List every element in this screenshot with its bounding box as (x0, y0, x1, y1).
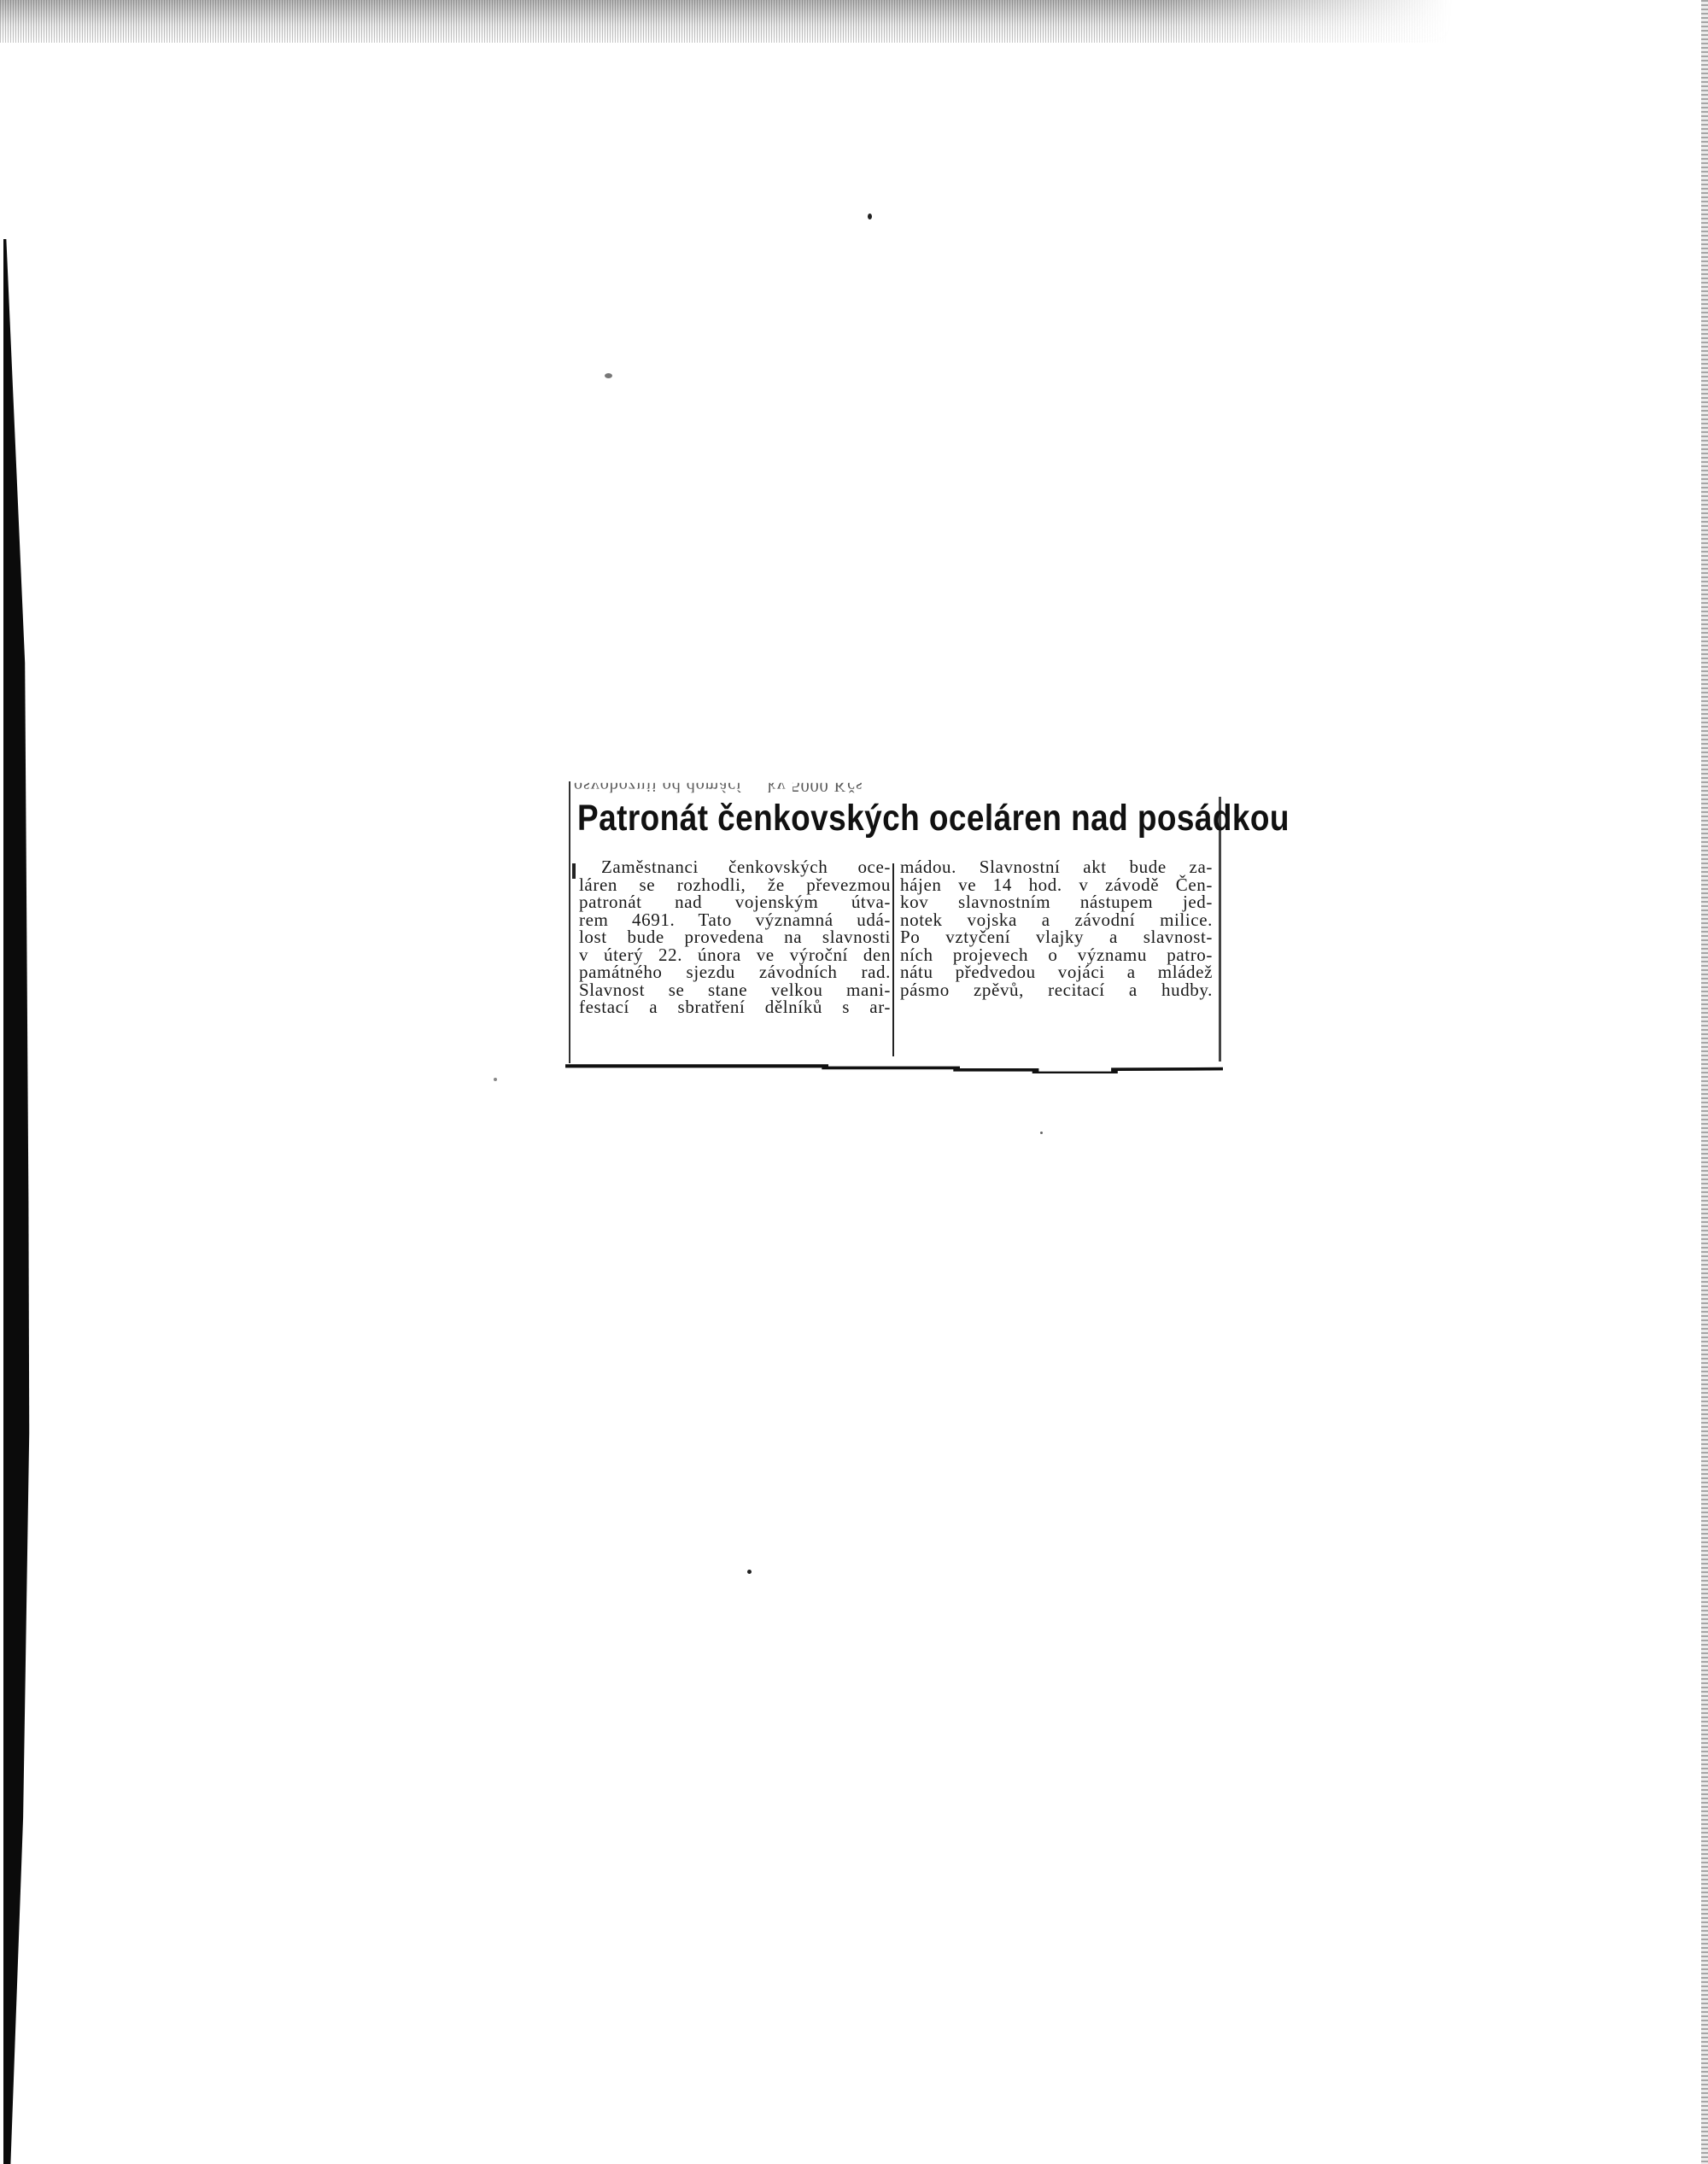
article-headline: Patronát čenkovských oceláren nad posádk… (577, 797, 1128, 839)
article-column-left: Zaměstnanci čenkovských oce- láren se ro… (579, 858, 891, 1016)
scan-edge-shadow-left (3, 239, 39, 2164)
text-line: nátu předvedou vojáci a mládež (900, 963, 1213, 981)
scan-noise-top (0, 0, 1452, 43)
scan-speck (868, 213, 872, 219)
article-column-right: mádou. Slavnostní akt bude za- hájen ve … (900, 858, 1213, 998)
text-line: láren se rozhodli, že převezmou (579, 876, 891, 894)
newspaper-clipping: osvobozuji od domácí ... ky 5000 Kčs. Pa… (560, 773, 1221, 1079)
text-line: hájen ve 14 hod. v závodě Čen- (900, 876, 1213, 894)
column-divider (892, 863, 894, 1056)
text-line: lost bude provedena na slavnosti (579, 928, 891, 946)
text-line: patronát nad vojenským útva- (579, 893, 891, 911)
scan-speck (605, 373, 612, 378)
text-line: v úterý 22. února ve výroční den (579, 946, 891, 964)
text-line: rem 4691. Tato významná udá- (579, 911, 891, 929)
text-line: ních projevech o významu patro- (900, 946, 1213, 964)
previous-article-fragment: osvobozuji od domácí ... ky 5000 Kčs. (574, 776, 1206, 795)
clipping-cut-edge-bottom (565, 1063, 1223, 1073)
scan-speck (747, 1570, 752, 1574)
text-line: kov slavnostním nástupem jed- (900, 893, 1213, 911)
margin-mark (572, 863, 576, 879)
text-line: notek vojska a závodní milice. (900, 911, 1213, 929)
text-line: Po vztyčení vlajky a slavnost- (900, 928, 1213, 946)
text-line: festací a sbratření dělníků s ar- (579, 998, 891, 1016)
text-line: Zaměstnanci čenkovských oce- (579, 858, 891, 876)
text-line: mádou. Slavnostní akt bude za- (900, 858, 1213, 876)
text-line: pásmo zpěvů, recitací a hudby. (900, 981, 1213, 999)
text-line: památného sjezdu závodních rad. (579, 963, 891, 981)
clipping-border-left (569, 781, 570, 1063)
scan-speck (494, 1078, 497, 1081)
text-line: Slavnost se stane velkou mani- (579, 981, 891, 999)
scan-edge-right (1701, 0, 1708, 2164)
scan-speck (1040, 1132, 1043, 1134)
